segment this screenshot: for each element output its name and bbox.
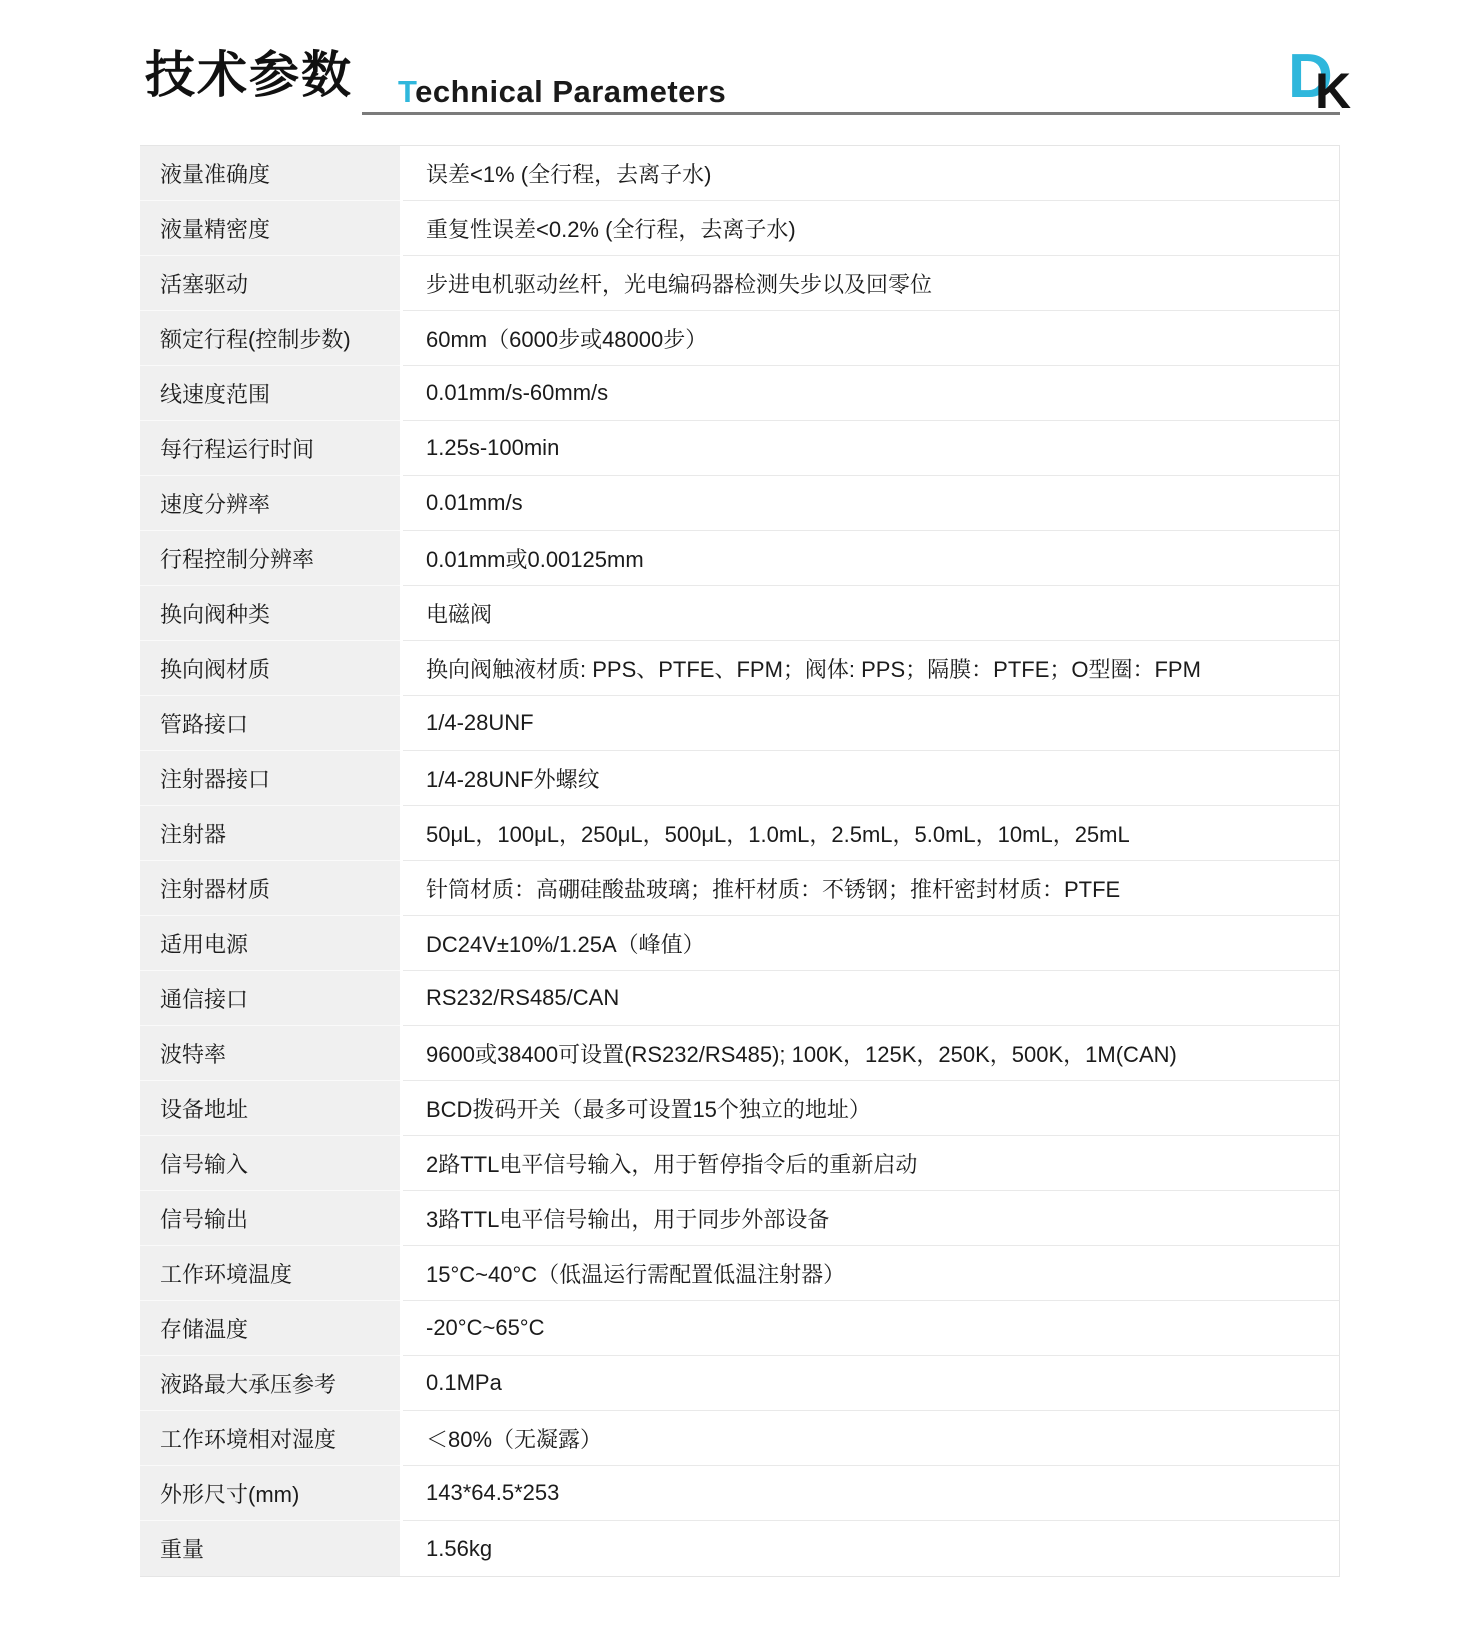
spec-value: 1/4-28UNF外螺纹 [403,751,1340,806]
spec-value: 重复性误差<0.2% (全行程，去离子水) [403,201,1340,256]
page-title: 技术参数 [145,50,353,100]
spec-value: 误差<1% (全行程，去离子水) [403,146,1340,201]
table-row: 换向阀种类 电磁阀 [140,586,1340,641]
spec-value: 15°C~40°C（低温运行需配置低温注射器） [403,1246,1340,1301]
spec-label: 每行程运行时间 [140,421,400,476]
table-row: 注射器接口 1/4-28UNF外螺纹 [140,751,1340,806]
spec-value: 3路TTL电平信号输出，用于同步外部设备 [403,1191,1340,1246]
table-row: 行程控制分辨率 0.01mm或0.00125mm [140,531,1340,586]
spec-label: 注射器 [140,806,400,861]
spec-label: 行程控制分辨率 [140,531,400,586]
spec-value: 2路TTL电平信号输入，用于暂停指令后的重新启动 [403,1136,1340,1191]
subtitle-rest: echnical Parameters [415,74,726,109]
table-row: 存储温度 -20°C~65°C [140,1301,1340,1356]
spec-label: 工作环境相对湿度 [140,1411,400,1466]
spec-value: 1/4-28UNF [403,696,1340,751]
table-row: 信号输出 3路TTL电平信号输出，用于同步外部设备 [140,1191,1340,1246]
spec-label: 液量精密度 [140,201,400,256]
spec-value: BCD拨码开关（最多可设置15个独立的地址） [403,1081,1340,1136]
spec-value: 50μL，100μL，250μL，500μL，1.0mL，2.5mL，5.0mL… [403,806,1340,861]
spec-value: 0.01mm/s [403,476,1340,531]
spec-label: 重量 [140,1521,400,1576]
spec-label: 速度分辨率 [140,476,400,531]
table-row: 通信接口 RS232/RS485/CAN [140,971,1340,1026]
table-row: 额定行程(控制步数) 60mm（6000步或48000步） [140,311,1340,366]
table-row: 液路最大承压参考 0.1MPa [140,1356,1340,1411]
table-row: 每行程运行时间 1.25s-100min [140,421,1340,476]
table-row: 液量准确度 误差<1% (全行程，去离子水) [140,146,1340,201]
spec-value: 1.56kg [403,1521,1340,1576]
table-row: 速度分辨率 0.01mm/s [140,476,1340,531]
spec-value: 60mm（6000步或48000步） [403,311,1340,366]
spec-value: 步进电机驱动丝杆，光电编码器检测失步以及回零位 [403,256,1340,311]
spec-value: -20°C~65°C [403,1301,1340,1356]
spec-label: 注射器材质 [140,861,400,916]
spec-label: 适用电源 [140,916,400,971]
spec-label: 线速度范围 [140,366,400,421]
spec-label: 换向阀种类 [140,586,400,641]
table-row: 重量 1.56kg [140,1521,1340,1576]
table-row: 波特率 9600或38400可设置(RS232/RS485); 100K，125… [140,1026,1340,1081]
spec-label: 信号输入 [140,1136,400,1191]
table-row: 液量精密度 重复性误差<0.2% (全行程，去离子水) [140,201,1340,256]
table-row: 线速度范围 0.01mm/s-60mm/s [140,366,1340,421]
page-subtitle: Technical Parameters [398,76,726,107]
spec-label: 活塞驱动 [140,256,400,311]
spec-label: 存储温度 [140,1301,400,1356]
table-row: 工作环境相对湿度 ＜80%（无凝露） [140,1411,1340,1466]
spec-value: 1.25s-100min [403,421,1340,476]
table-row: 活塞驱动 步进电机驱动丝杆，光电编码器检测失步以及回零位 [140,256,1340,311]
spec-value: 0.01mm/s-60mm/s [403,366,1340,421]
spec-label: 液量准确度 [140,146,400,201]
spec-value: ＜80%（无凝露） [403,1411,1340,1466]
subtitle-accent-letter: T [398,74,415,109]
spec-label: 管路接口 [140,696,400,751]
spec-label: 设备地址 [140,1081,400,1136]
header-underline [362,112,1340,115]
spec-label: 额定行程(控制步数) [140,311,400,366]
logo-letter-k: K [1315,66,1351,116]
spec-value: 电磁阀 [403,586,1340,641]
spec-label: 信号输出 [140,1191,400,1246]
spec-value: 换向阀触液材质: PPS、PTFE、FPM；阀体: PPS；隔膜：PTFE；O型… [403,641,1340,696]
spec-label: 通信接口 [140,971,400,1026]
spec-table: 液量准确度 误差<1% (全行程，去离子水) 液量精密度 重复性误差<0.2% … [140,145,1340,1577]
spec-label: 波特率 [140,1026,400,1081]
spec-value: 9600或38400可设置(RS232/RS485); 100K，125K，25… [403,1026,1340,1081]
spec-label: 液路最大承压参考 [140,1356,400,1411]
table-row: 适用电源 DC24V±10%/1.25A（峰值） [140,916,1340,971]
spec-label: 工作环境温度 [140,1246,400,1301]
spec-value: 0.01mm或0.00125mm [403,531,1340,586]
spec-value: 针筒材质：高硼硅酸盐玻璃；推杆材质：不锈钢；推杆密封材质：PTFE [403,861,1340,916]
table-row: 工作环境温度 15°C~40°C（低温运行需配置低温注射器） [140,1246,1340,1301]
table-row: 管路接口 1/4-28UNF [140,696,1340,751]
spec-label: 换向阀材质 [140,641,400,696]
table-row: 设备地址 BCD拨码开关（最多可设置15个独立的地址） [140,1081,1340,1136]
table-row: 外形尺寸(mm) 143*64.5*253 [140,1466,1340,1521]
table-row: 信号输入 2路TTL电平信号输入，用于暂停指令后的重新启动 [140,1136,1340,1191]
table-row: 换向阀材质 换向阀触液材质: PPS、PTFE、FPM；阀体: PPS；隔膜：P… [140,641,1340,696]
spec-label: 外形尺寸(mm) [140,1466,400,1521]
brand-logo: D K [1288,46,1368,126]
table-row: 注射器材质 针筒材质：高硼硅酸盐玻璃；推杆材质：不锈钢；推杆密封材质：PTFE [140,861,1340,916]
spec-value: 143*64.5*253 [403,1466,1340,1521]
spec-value: 0.1MPa [403,1356,1340,1411]
spec-value: RS232/RS485/CAN [403,971,1340,1026]
table-row: 注射器 50μL，100μL，250μL，500μL，1.0mL，2.5mL，5… [140,806,1340,861]
spec-value: DC24V±10%/1.25A（峰值） [403,916,1340,971]
spec-label: 注射器接口 [140,751,400,806]
